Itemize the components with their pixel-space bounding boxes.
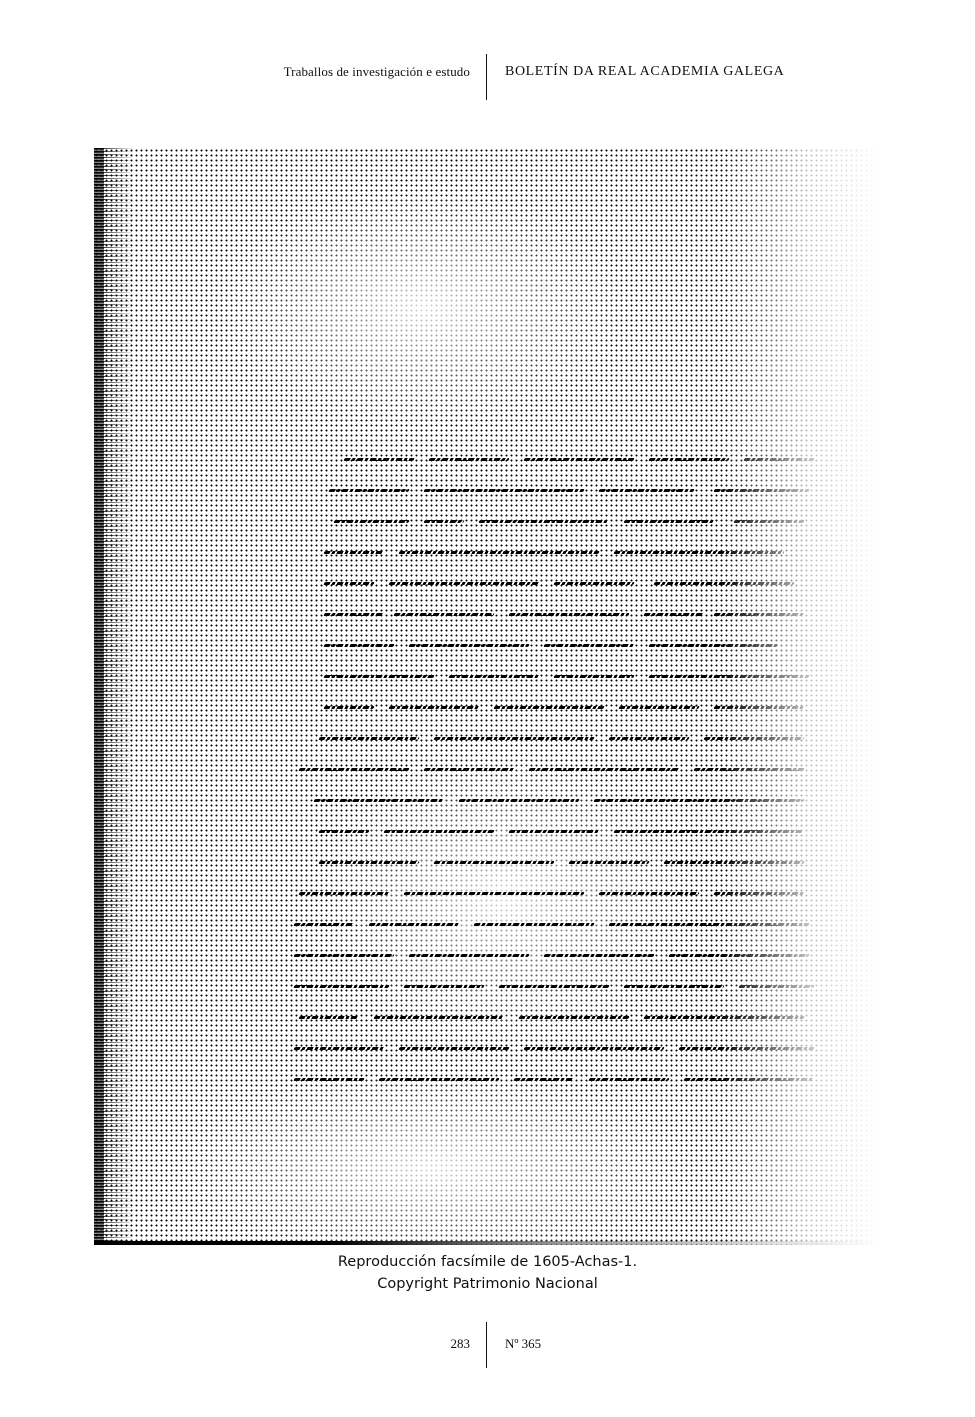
- figure-copyright: Copyright Patrimonio Nacional: [0, 1276, 975, 1292]
- book-spine-edge: [94, 148, 104, 1245]
- footer-divider: [486, 1322, 487, 1368]
- figure-caption: Reproducción facsímile de 1605-Achas-1.: [0, 1254, 975, 1270]
- page-number: 283: [451, 1336, 471, 1352]
- running-header-section: Traballos de investigación e estudo: [284, 64, 470, 80]
- paper-right-edge: [720, 148, 880, 1245]
- running-header-journal: BOLETÍN DA REAL ACADEMIA GALEGA: [505, 64, 784, 80]
- manuscript-facsimile-image: [94, 148, 880, 1245]
- paper-highlight: [214, 188, 634, 428]
- page-bottom-edge: [94, 1241, 880, 1245]
- issue-number: Nº 365: [505, 1336, 541, 1352]
- header-divider: [486, 54, 487, 100]
